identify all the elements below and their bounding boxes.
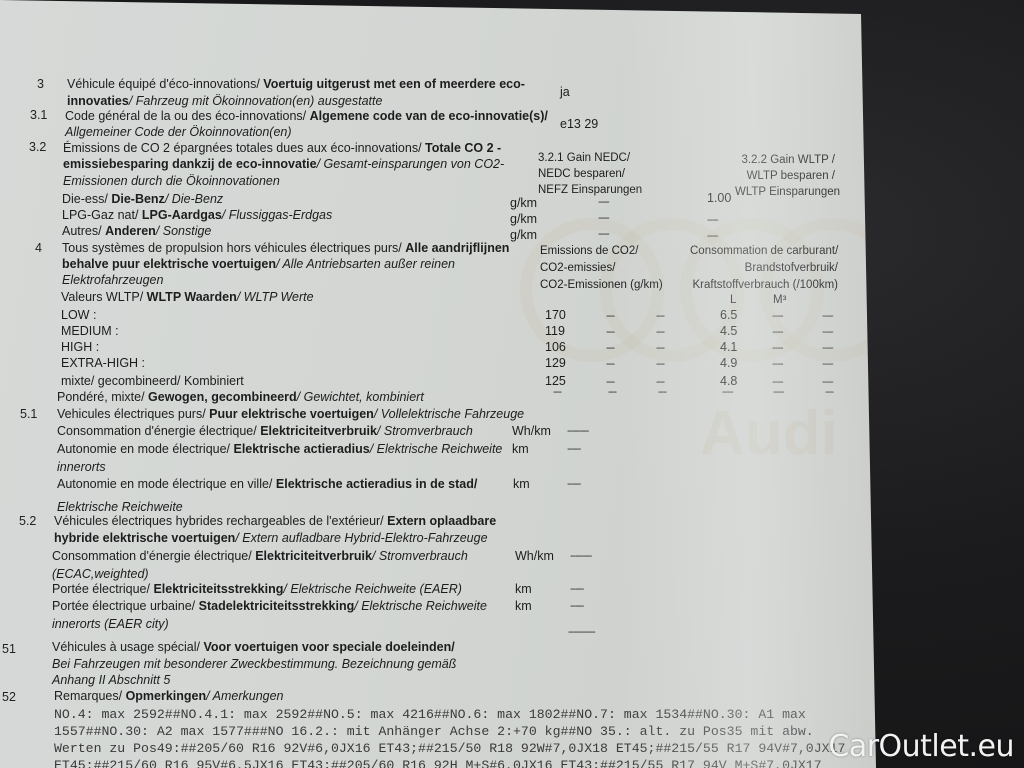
unit-label: km [515, 582, 532, 596]
fuel-liters-value: 6.5 [720, 308, 737, 322]
wltp-row-label: MEDIUM : [61, 324, 119, 339]
electric-row-label-cont: innerorts [57, 460, 106, 475]
co2-value-3: --- [656, 310, 664, 322]
section-5-1-title: Vehicules électriques purs/ Puur elektri… [57, 407, 524, 422]
nedc-gain-value: ---- [598, 228, 609, 240]
unit-label: g/km [510, 212, 537, 226]
wltp-row-label: HIGH : [61, 340, 99, 355]
co2-value-3: --- [656, 376, 664, 388]
co2-value-2: --- [606, 326, 614, 338]
unit-label: km [513, 477, 530, 491]
section-51-line3: Anhang II Abschnitt 5 [52, 673, 170, 688]
unit-cubic-meters: M³ [773, 294, 786, 306]
caroutlet-logo: CarOutlet.eu [828, 729, 1014, 764]
fuel-extra-value: ---- [822, 326, 833, 338]
section-3-1-line2: Allgemeiner Code der Ökoinnovation(en) [65, 125, 292, 140]
section-52-title: Remarques/ Opmerkingen/ Amerkungen [54, 689, 284, 704]
remarks-line: 1557##NO.30: A2 max 1577###NO 16.2.: mit… [54, 723, 814, 740]
weighted-l-value: ---- [722, 386, 733, 398]
section-3-1-line1: Code général de la ou des éco-innovation… [65, 109, 548, 124]
fuel-m3-value: ---- [772, 326, 783, 338]
unit-label: g/km [510, 228, 537, 242]
remarks-line: NO.4: max 2592##NO.4.1: max 2592##NO.5: … [54, 706, 806, 723]
electric-row-label: Autonomie en mode électrique en ville/ E… [57, 477, 477, 492]
electric-value: ----- [570, 583, 583, 595]
fuel-extra-value: ---- [822, 358, 833, 370]
co2-value-2: --- [606, 358, 614, 370]
fuel-m3-value: ---- [772, 376, 783, 388]
wltp-row-label: EXTRA-HIGH : [61, 356, 145, 371]
unit-liters: L [730, 294, 736, 306]
fuel-type-label: LPG-Gaz nat/ LPG-Aardgas/ Flussiggas-Erd… [62, 208, 332, 223]
electric-value: ----- [570, 600, 583, 612]
weighted-co2-value: --- [553, 386, 561, 398]
co2-value-3: --- [656, 326, 664, 338]
co2-value: 119 [545, 324, 565, 338]
unit-label: Wh/km [515, 549, 554, 563]
nedc-gain-value: ---- [598, 196, 609, 208]
fuel-type-label: Die-ess/ Die-Benz/ Die-Benz [62, 192, 223, 207]
wltp-row-label: LOW : [61, 308, 96, 323]
electric-row-label-cont: innerorts (EAER city) [52, 617, 169, 632]
electric-row-label: Autonomie en mode électrique/ Elektrisch… [57, 442, 502, 457]
weighted-c2-value: --- [608, 386, 616, 398]
co2-emissions-header: Emissions de CO2/CO2-emissies/CO2-Emissi… [540, 243, 663, 294]
section-3-2-line3: Emissionen durch die Ökoinnovationen [63, 174, 280, 189]
section-number: 5.2 [19, 514, 36, 528]
fuel-m3-value: ---- [772, 358, 783, 370]
weighted-x-value: --- [825, 386, 833, 398]
section-51-line2: Bei Fahrzeugen mit besonderer Zweckbesti… [52, 657, 456, 672]
fuel-type-label: Autres/ Anderen/ Sonstige [62, 224, 211, 239]
co2-value-2: --- [606, 342, 614, 354]
co2-value: 170 [545, 308, 566, 322]
section-5-2-line1: Véhicules électriques hybrides rechargea… [54, 514, 496, 529]
co2-value-2: --- [606, 310, 614, 322]
eco-innovation-code: e13 29 [560, 117, 598, 131]
section-number: 4 [35, 241, 42, 255]
electric-value: ----- [567, 443, 580, 455]
unit-label: km [512, 442, 529, 456]
wltp-row-label: mixte/ gecombineerd/ Kombiniert [61, 374, 244, 389]
fuel-liters-value: 4.5 [720, 324, 737, 338]
fuel-liters-value: 4.8 [720, 374, 737, 388]
fuel-liters-value: 4.1 [720, 340, 737, 354]
section-number: 51 [2, 642, 16, 656]
section-number: 3.1 [30, 108, 47, 122]
remarks-line: Werten zu Pos49:##205/60 R16 92V#6,0JX16… [54, 740, 845, 757]
fuel-m3-value: ---- [772, 342, 783, 354]
co2-value: 106 [545, 340, 566, 354]
watermark-ring-icon [680, 218, 824, 362]
fuel-m3-value: ---- [772, 310, 783, 322]
fuel-extra-value: ---- [822, 376, 833, 388]
section-4-line3: Elektrofahrzeugen [62, 273, 163, 288]
remarks-line: ET45:##215/60 R16 95V#6,5JX16 ET43;##205… [54, 757, 822, 768]
fuel-extra-value: ---- [822, 310, 833, 322]
wltp-values-label: Valeurs WLTP/ WLTP Waarden/ WLTP Werte [61, 290, 314, 305]
electric-value: -------- [570, 550, 591, 562]
unit-label: g/km [510, 196, 537, 210]
electric-row-label-cont: Elektrische Reichweite [57, 500, 183, 515]
fuel-extra-value: ---- [822, 342, 833, 354]
co2-value-3: --- [656, 358, 664, 370]
fuel-consumption-header: Consommation de carburant/Brandstofverbr… [690, 243, 838, 294]
section-3-2-line1: Émissions de CO 2 épargnées totales dues… [63, 141, 501, 156]
electric-row-label: Consommation d'énergie électrique/ Elekt… [57, 424, 473, 439]
section-4-line1: Tous systèmes de propulsion hors véhicul… [62, 241, 509, 256]
nedc-gain-header: 3.2.1 Gain NEDC/NEDC besparen/NEFZ Einsp… [538, 150, 642, 198]
wltp-gain-header: 3.2.2 Gain WLTP /WLTP besparen /WLTP Ein… [735, 152, 835, 200]
co2-value: 129 [545, 356, 566, 370]
nedc-gain-value: ---- [598, 212, 609, 224]
co2-value-3: --- [656, 342, 664, 354]
section-3-2-line2: emissiebesparing dankzij de eco-innovati… [63, 157, 504, 172]
electric-row-label: Portée électrique/ Elektriciteitsstrekki… [52, 582, 462, 597]
watermark-ring-icon [600, 218, 744, 362]
section-number: 3.2 [29, 140, 46, 154]
weighted-combined-label: Pondéré, mixte/ Gewogen, gecombineerd/ G… [57, 390, 424, 405]
electric-row-label-cont: (ECAC,weighted) [52, 567, 149, 582]
section-3-line1: Véhicule équipé d'éco-innovations/ Voert… [67, 77, 525, 92]
wltp-gain-value: 1.00 [707, 191, 731, 205]
section-number: 52 [2, 690, 16, 704]
fuel-liters-value: 4.9 [720, 356, 737, 370]
unit-label: km [515, 599, 532, 613]
wltp-gain-value: ---- [707, 230, 718, 242]
electric-row-label: Consommation d'énergie électrique/ Elekt… [52, 549, 468, 564]
watermark-text: Audi [700, 398, 838, 469]
section-number: 3 [37, 77, 44, 91]
wltp-gain-value: ---- [707, 214, 718, 226]
electric-value: ----- [567, 478, 580, 490]
electric-row-label: Portée électrique urbaine/ Stadelektrici… [52, 599, 487, 614]
electric-value: -------- [567, 425, 588, 437]
section-3-line2: innovaties/ Fahrzeug mit Ökoinnovation(e… [67, 94, 382, 109]
weighted-c3-value: --- [658, 386, 666, 398]
section-number: 5.1 [20, 407, 37, 421]
weighted-m3-value: ---- [773, 386, 784, 398]
special-use-value: ---------- [568, 626, 595, 638]
unit-label: Wh/km [512, 424, 551, 438]
section-5-2-line2: hybride elektrische voertuigen/ Extern a… [54, 531, 488, 546]
eco-innovation-value: ja [560, 85, 570, 99]
section-4-line2: behalve puur elektrische voertuigen/ All… [62, 257, 455, 272]
section-51-line1: Véhicules à usage spécial/ Voor voertuig… [52, 640, 455, 655]
